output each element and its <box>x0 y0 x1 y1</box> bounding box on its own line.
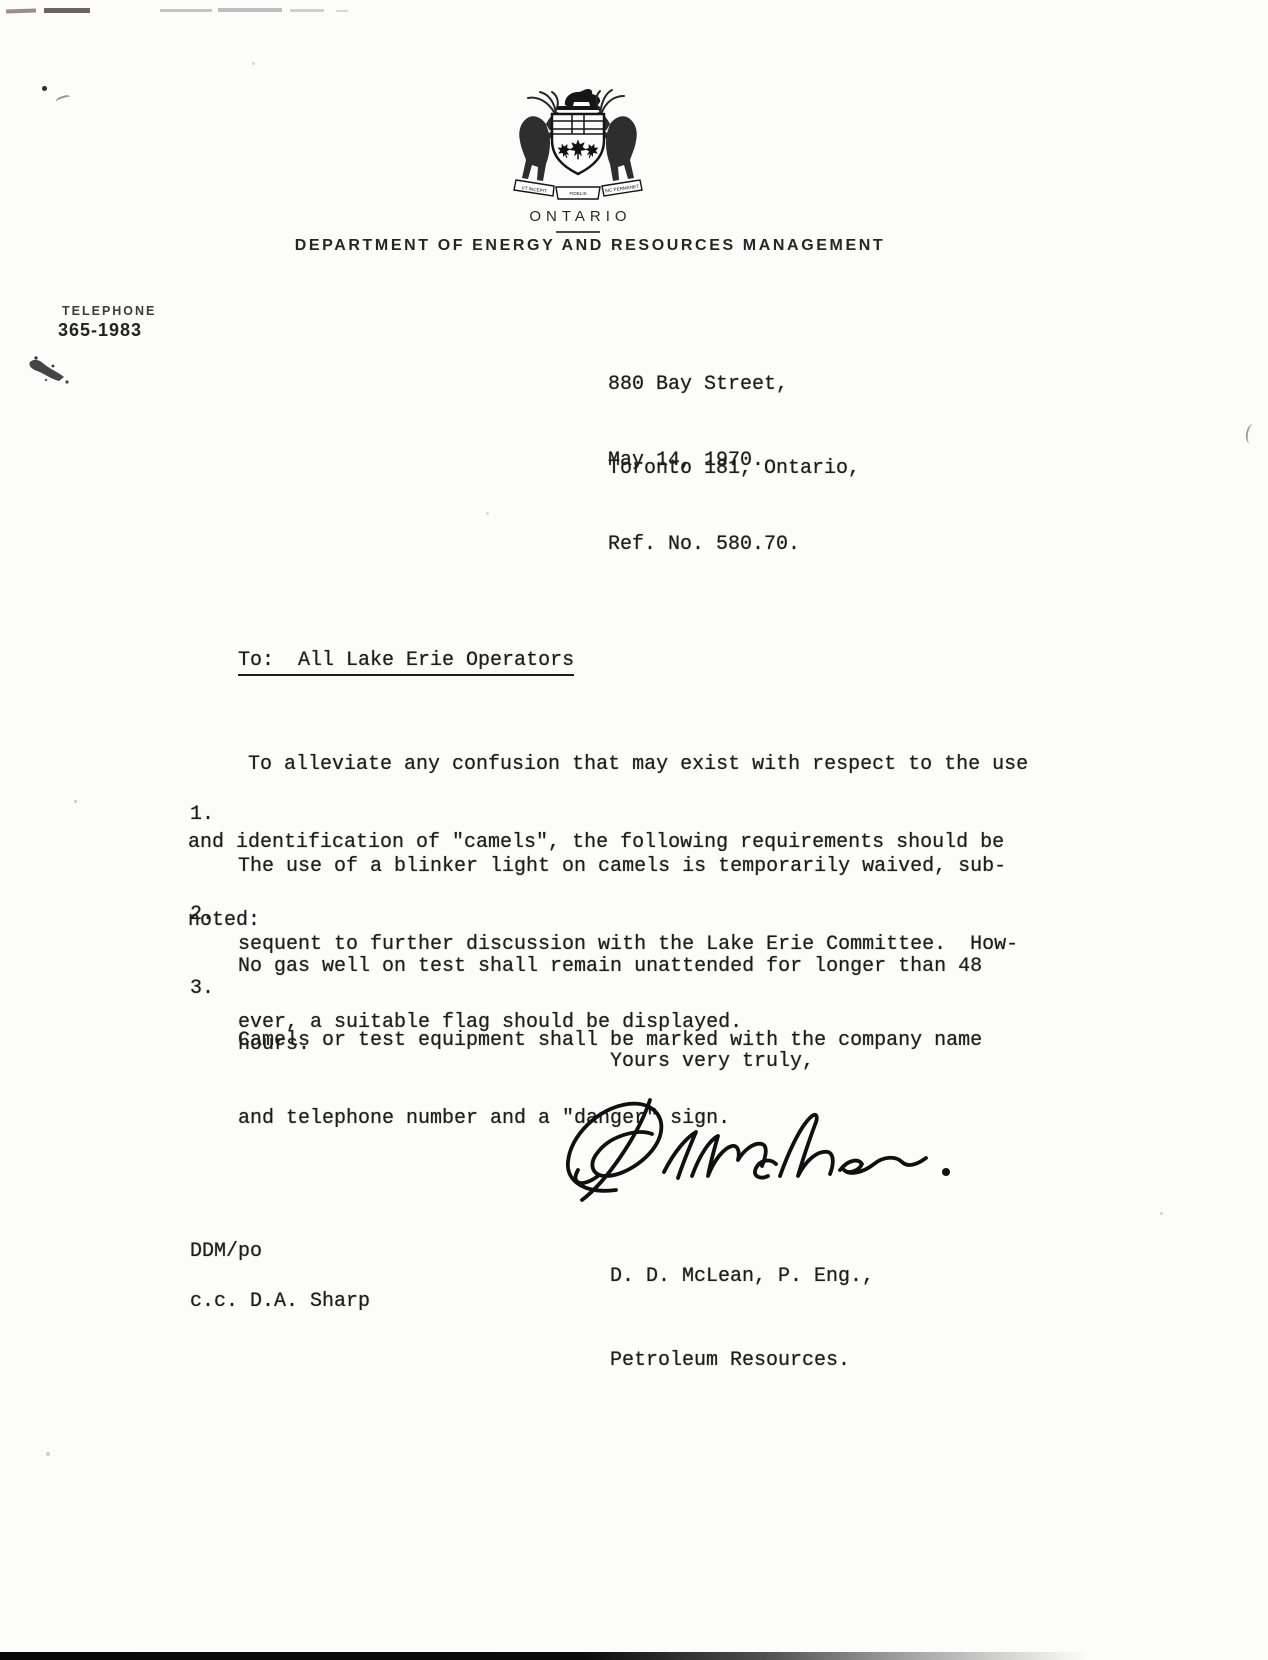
signature-handwriting <box>552 1088 962 1206</box>
signature-block: D. D. McLean, P. Eng., Petroleum Resourc… <box>610 1207 874 1431</box>
crest-caption: ONTARIO <box>498 208 658 225</box>
list-number: 2. <box>190 902 214 928</box>
ink-speck <box>252 62 255 65</box>
reference-number: Ref. No. 580.70. <box>608 531 800 559</box>
scan-edge-bar <box>0 1652 1120 1660</box>
signer-name: D. D. McLean, P. Eng., <box>610 1263 874 1291</box>
telephone-label: TELEPHONE <box>62 304 156 318</box>
scan-artifact <box>44 8 90 13</box>
scan-artifact <box>218 8 282 12</box>
recipient-line: To: All Lake Erie Operators <box>238 649 574 676</box>
scan-artifact <box>290 9 324 12</box>
paragraph-line: To alleviate any confusion that may exis… <box>188 752 1028 778</box>
telephone-number: 365-1983 <box>58 320 142 341</box>
scan-artifact <box>336 10 348 12</box>
shield <box>552 114 604 174</box>
ink-speck <box>1160 1212 1163 1215</box>
letter-page: VT INCEPIT FIDELIS SIC PERMANET ONTARIO … <box>0 0 1268 1660</box>
department-heading: DEPARTMENT OF ENERGY AND RESOURCES MANAG… <box>190 237 990 255</box>
scan-artifact <box>6 8 36 13</box>
valediction: Yours very truly, <box>610 1049 814 1075</box>
list-number: 1. <box>190 802 214 828</box>
ink-speck <box>74 800 77 803</box>
recipient-block: To: All Lake Erie Operators <box>190 622 574 700</box>
list-number: 3. <box>190 976 214 1002</box>
signer-title: Petroleum Resources. <box>610 1347 874 1375</box>
list-item-line: The use of a blinker light on camels is … <box>238 854 1018 880</box>
ontario-coat-of-arms: VT INCEPIT FIDELIS SIC PERMANET <box>498 84 658 206</box>
ink-smudge <box>26 352 72 386</box>
ink-speck <box>42 86 47 91</box>
ink-speck <box>46 1452 50 1456</box>
carbon-copy-line: c.c. D.A. Sharp <box>190 1289 370 1315</box>
ink-speck <box>55 94 72 106</box>
scan-artifact <box>160 9 212 12</box>
typist-initials: DDM/po <box>190 1239 262 1265</box>
date-ref-block: May 14, 1970. Ref. No. 580.70. <box>608 391 800 615</box>
motto-text-center: FIDELIS <box>569 191 586 196</box>
bear-crest <box>556 89 600 110</box>
scan-artifact <box>1244 423 1259 445</box>
ink-speck <box>486 512 489 515</box>
crest-underline <box>556 231 600 233</box>
letter-date: May 14, 1970. <box>608 447 800 475</box>
